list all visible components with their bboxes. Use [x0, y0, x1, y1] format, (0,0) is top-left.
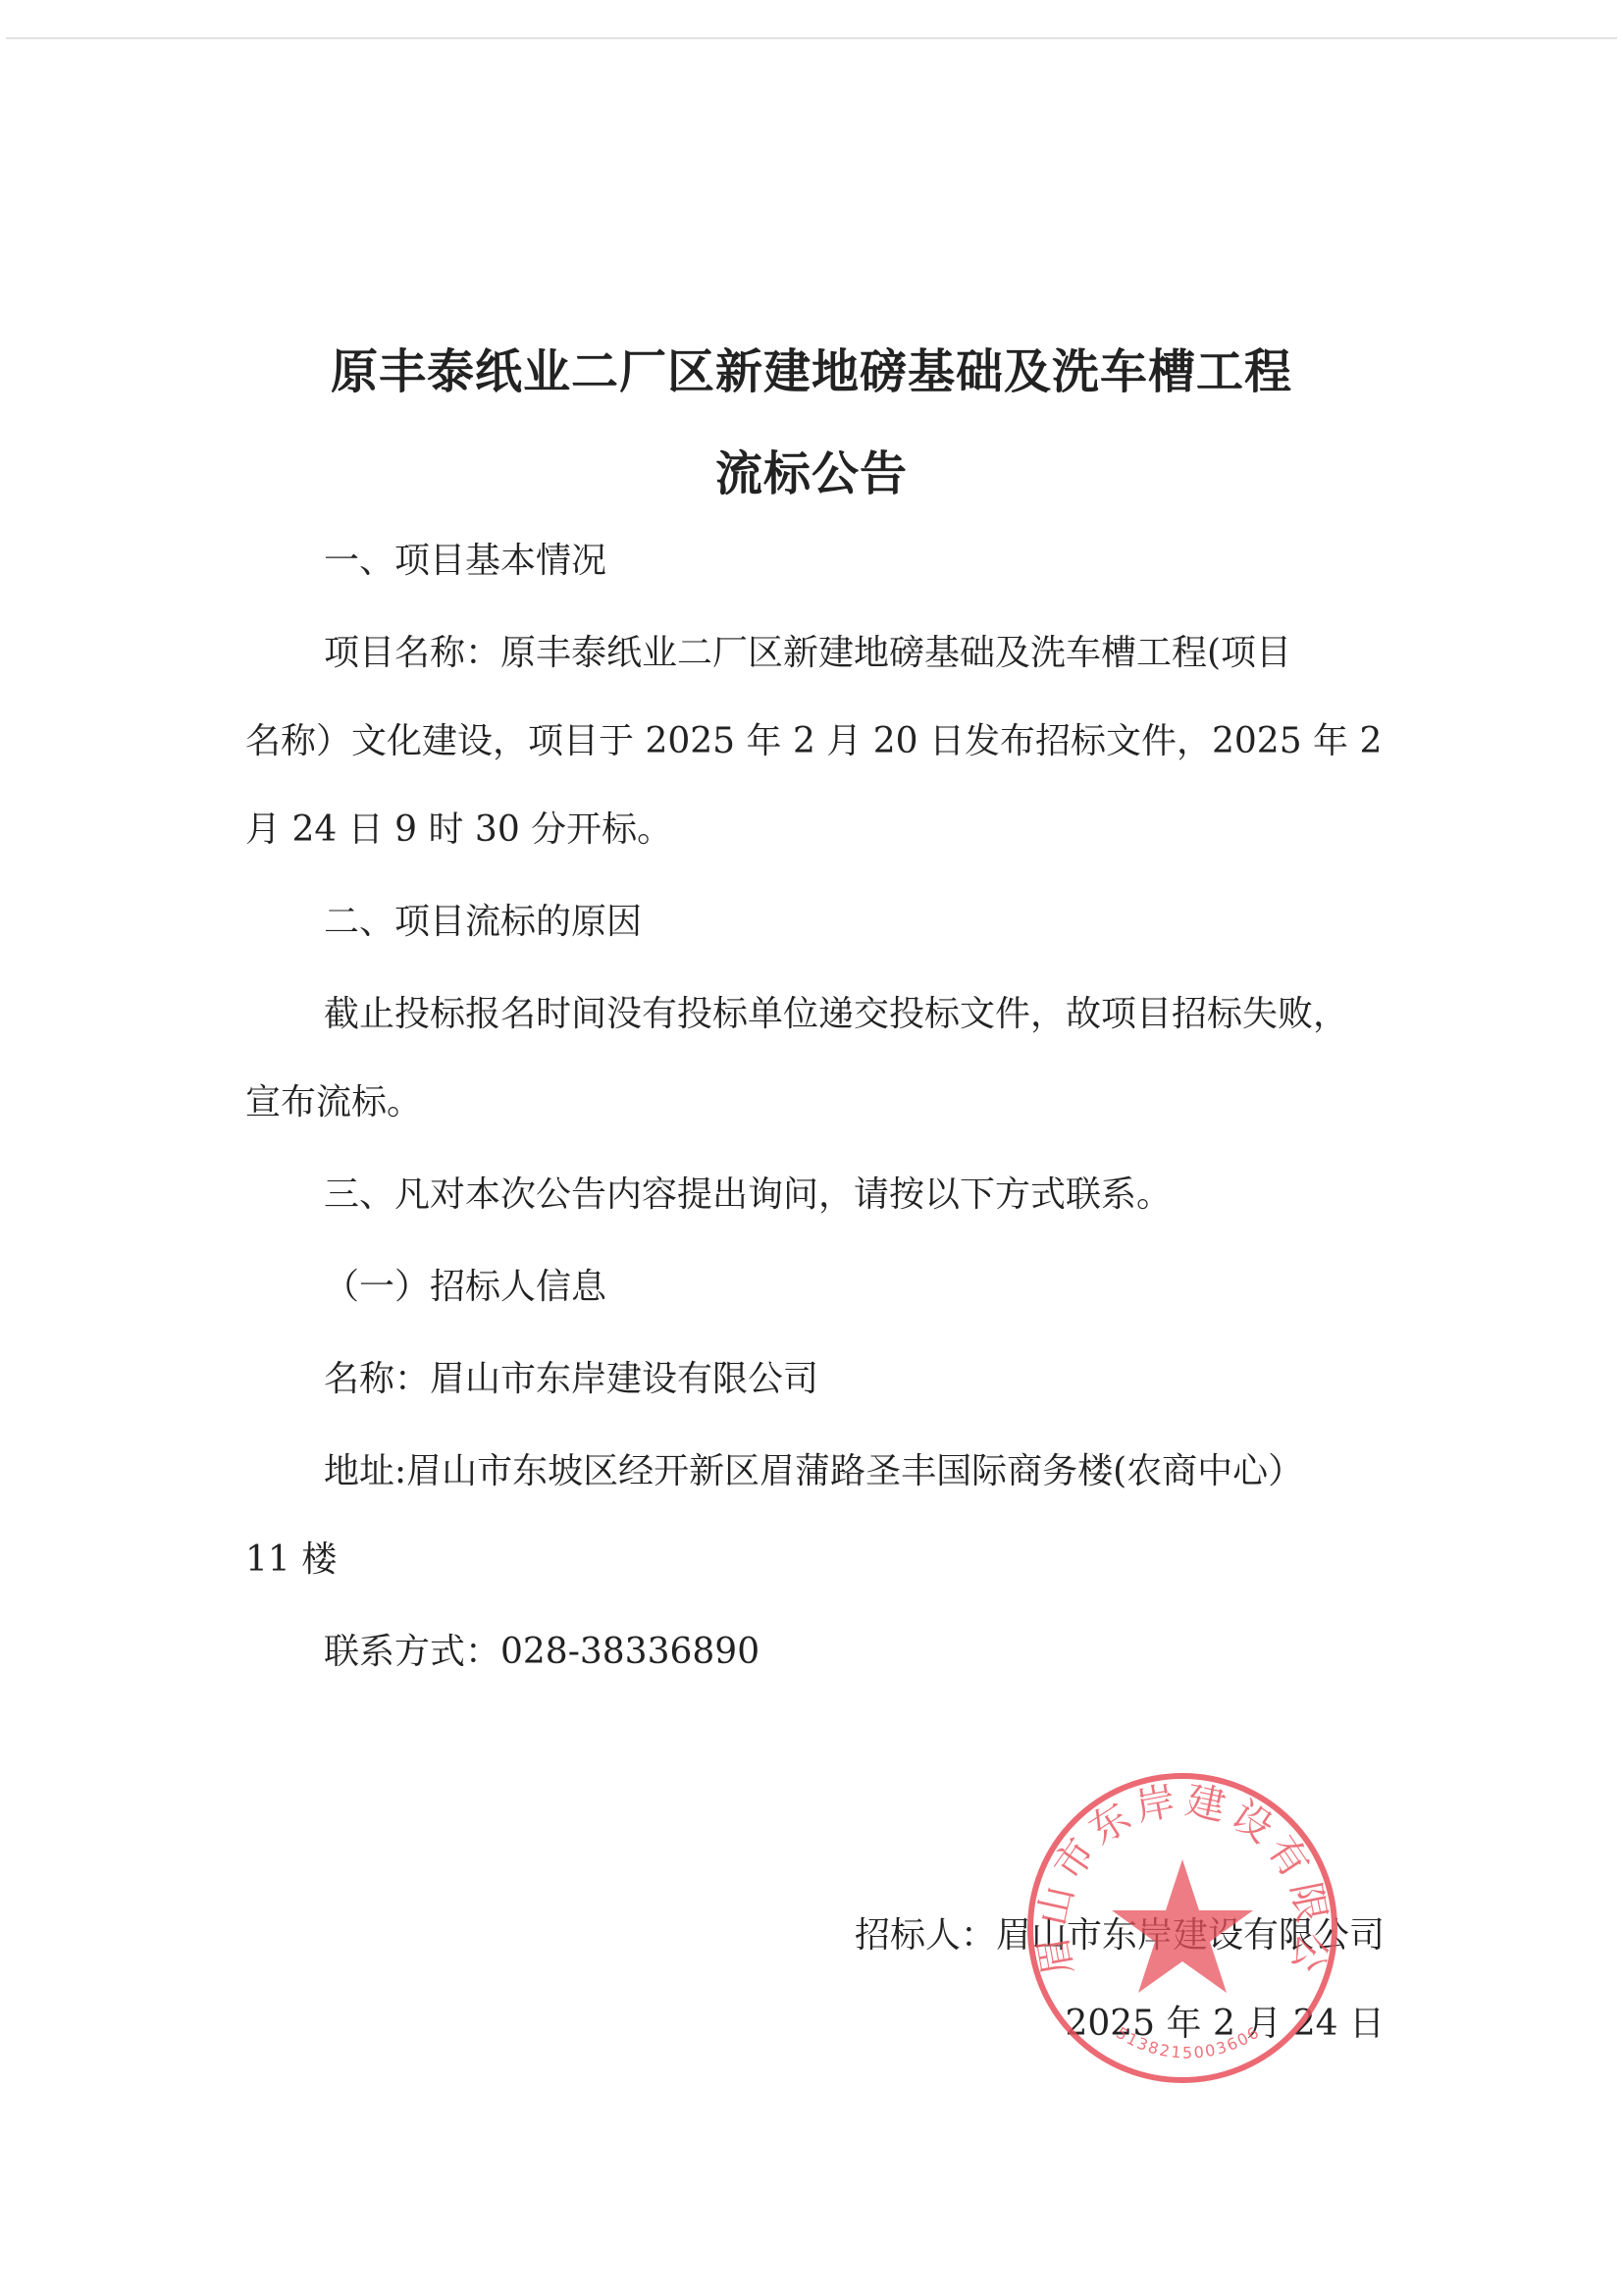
reason-line1: 截止投标报名时间没有投标单位递交投标文件，故项目招标失败，: [324, 997, 1462, 1032]
document-subtitle: 流标公告: [0, 436, 1623, 503]
project-name-line2: 名称）文化建设，项目于 2025 年 2 月 20 日发布招标文件，2025 年…: [245, 724, 1384, 759]
section1-heading: 一、项目基本情况: [324, 544, 1462, 579]
tenderer-address-line1: 地址:眉山市东坡区经开新区眉蒲路圣丰国际商务楼(农商中心）: [324, 1454, 1462, 1489]
tenderer-contact: 联系方式：028-38336890: [324, 1635, 1462, 1670]
tenderer-address-line2: 11 楼: [245, 1542, 1384, 1578]
scan-edge-line: [6, 37, 1617, 39]
signature-date: 2025 年 2 月 24 日: [1065, 1996, 1385, 2046]
section3-heading: 三、凡对本次公告内容提出询问，请按以下方式联系。: [324, 1177, 1462, 1213]
signature-issuer: 招标人：眉山市东岸建设有限公司: [855, 1907, 1385, 1957]
tenderer-name: 名称：眉山市东岸建设有限公司: [324, 1362, 1462, 1397]
reason-line2: 宣布流标。: [245, 1085, 1384, 1121]
section2-heading: 二、项目流标的原因: [324, 905, 1462, 940]
project-name-line1: 项目名称：原丰泰纸业二厂区新建地磅基础及洗车槽工程(项目: [324, 636, 1462, 671]
document-title: 原丰泰纸业二厂区新建地磅基础及洗车槽工程: [0, 334, 1623, 401]
project-name-line3: 月 24 日 9 时 30 分开标。: [245, 812, 1384, 848]
tenderer-info-heading: （一）招标人信息: [324, 1270, 1462, 1305]
